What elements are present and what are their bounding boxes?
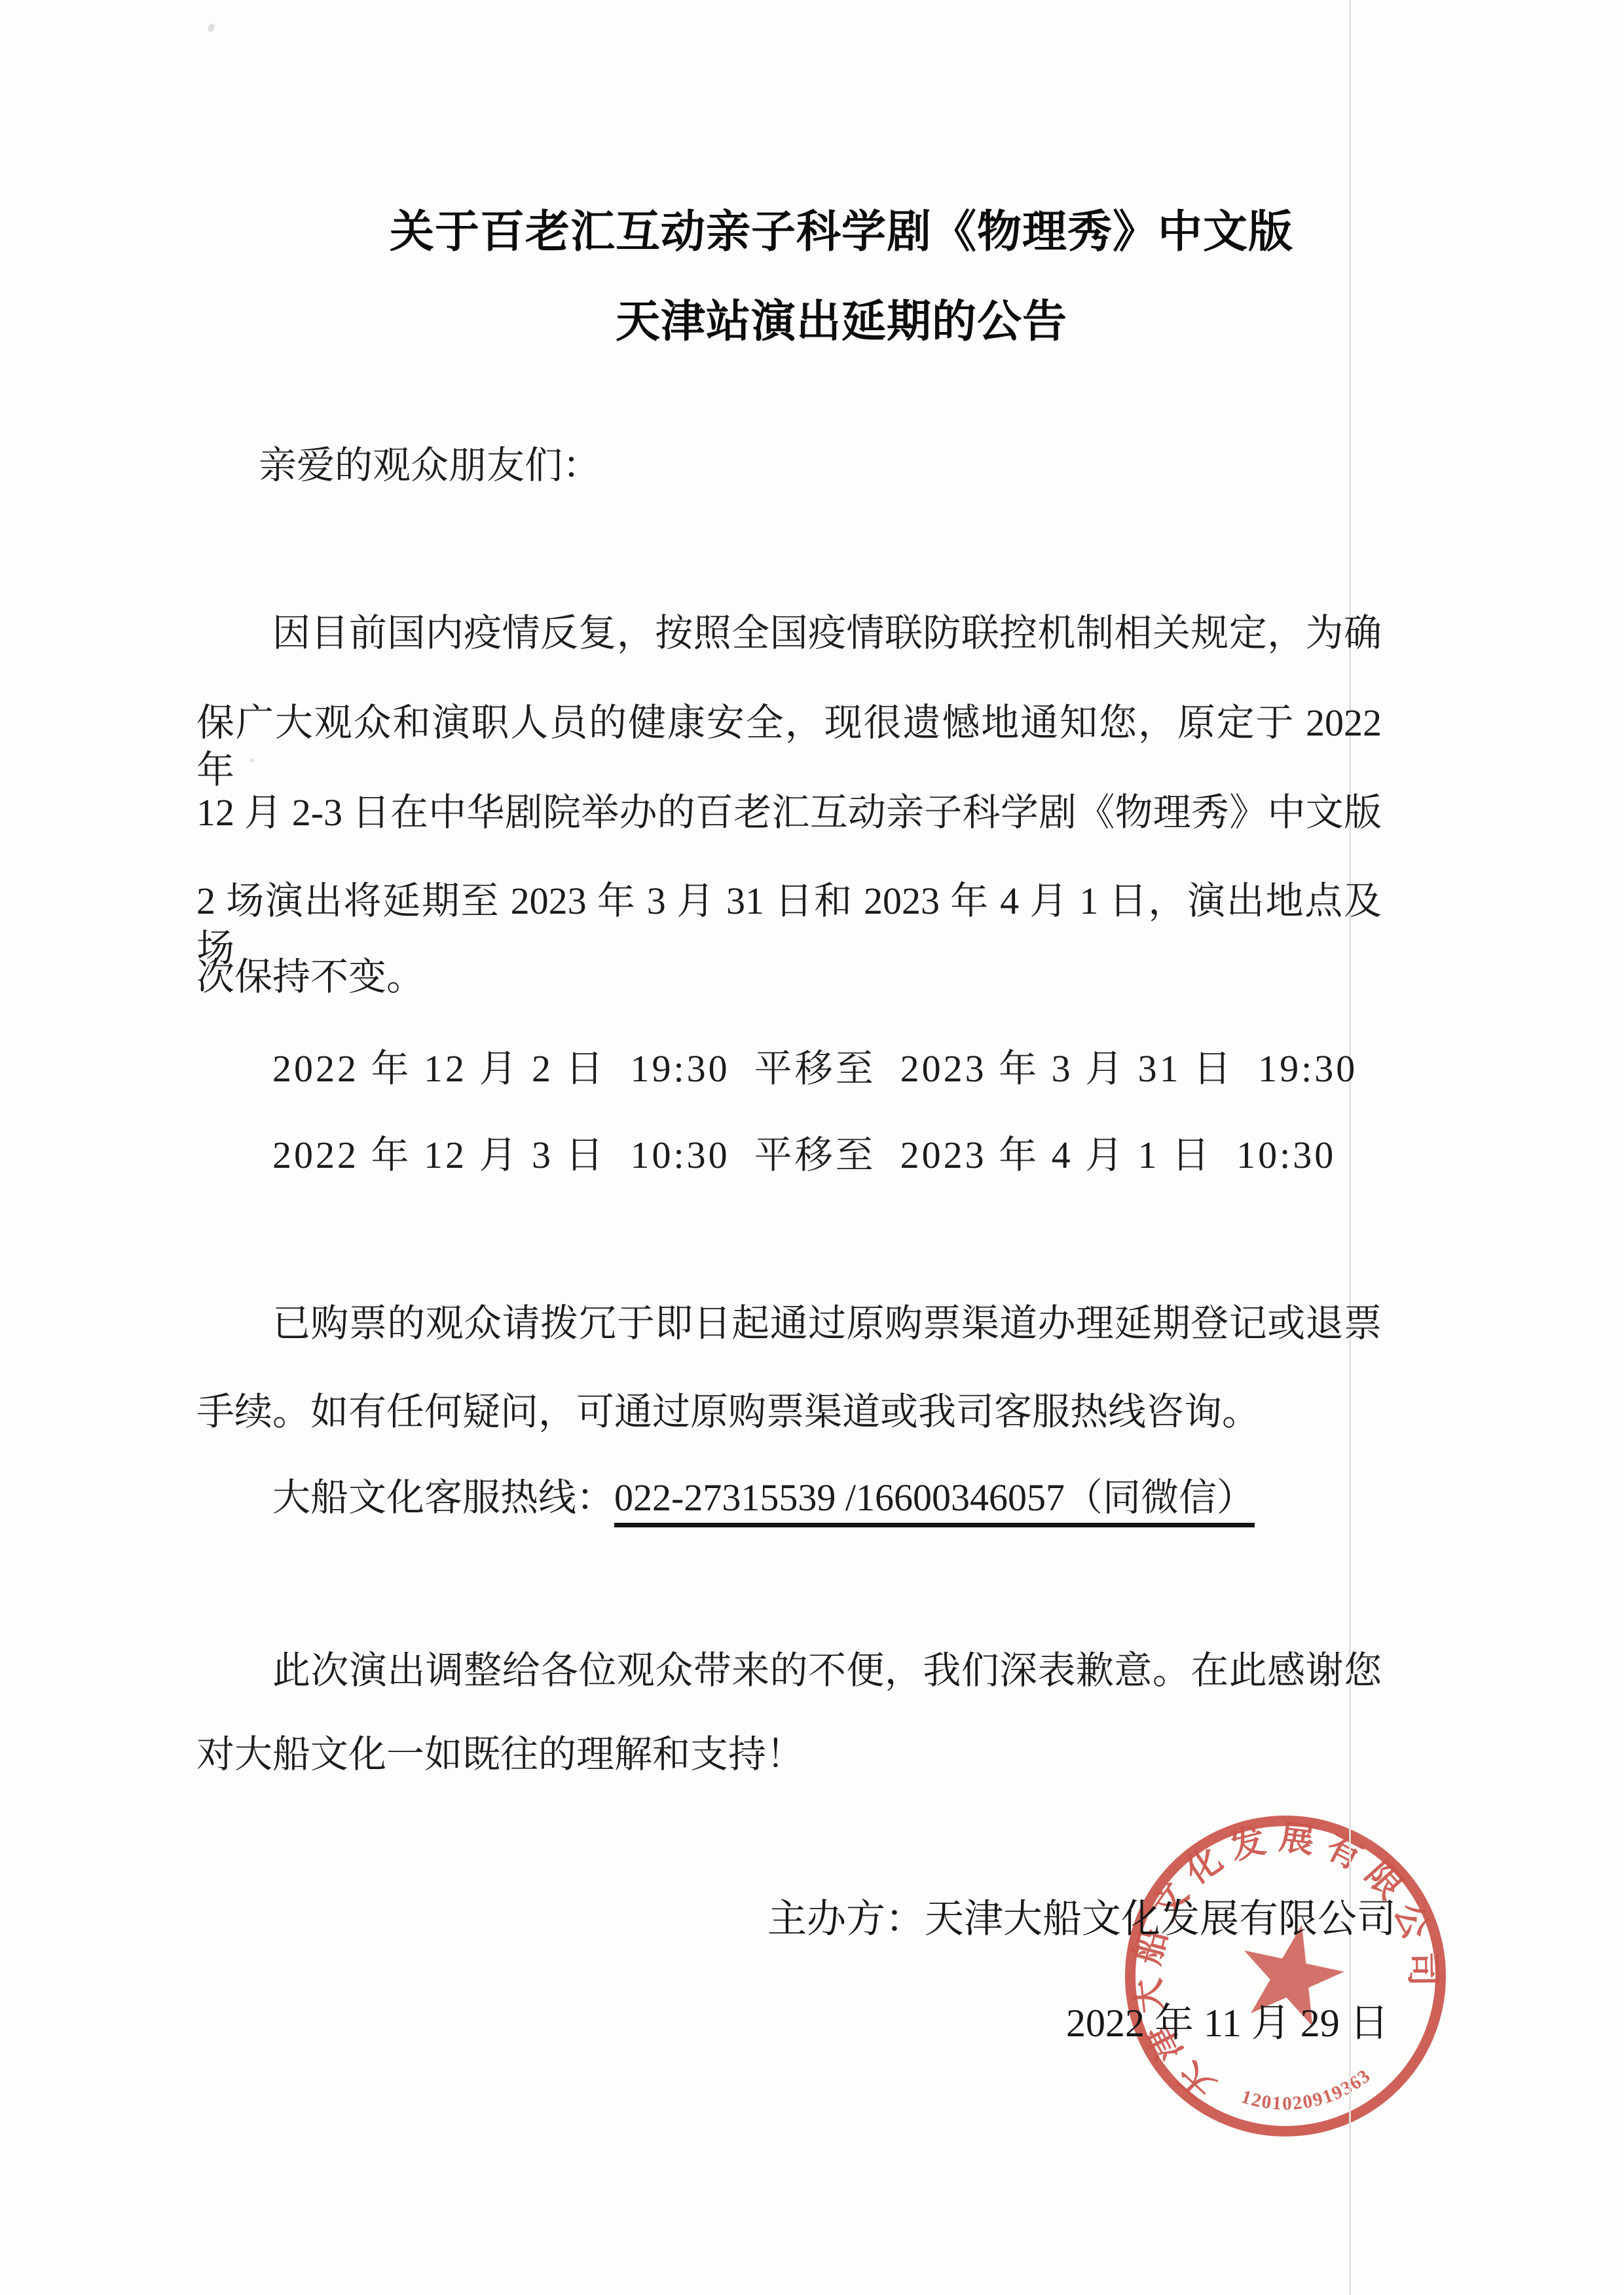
- hotline-label: 大船文化客服热线：: [272, 1476, 614, 1519]
- greeting-line: 亲爱的观众朋友们：: [196, 442, 1382, 489]
- title-line-2: 天津站演出延期的公告: [29, 294, 1624, 349]
- para2-line-2: 手续。如有任何疑问，可通过原购票渠道或我司客服热线咨询。: [196, 1389, 1382, 1436]
- para3-line-1: 此次演出调整给各位观众带来的不便，我们深表歉意。在此感谢您: [196, 1647, 1382, 1694]
- para1-line-2: 保广大观众和演职人员的健康安全，现很遗憾地通知您，原定于 2022 年: [196, 700, 1382, 794]
- organizer-line: 主办方：天津大船文化发展有限公司: [767, 1895, 1396, 1943]
- schedule-line-2: 2022 年 12 月 3 日 10:30 平移至 2023 年 4 月 1 日…: [196, 1132, 1382, 1179]
- hotline-numbers: 022-27315539 /16600346057（同微信）: [614, 1476, 1255, 1527]
- schedule-line-1: 2022 年 12 月 2 日 19:30 平移至 2023 年 3 月 31 …: [196, 1045, 1382, 1092]
- para1-line-3: 12 月 2-3 日在中华剧院举办的百老汇互动亲子科学剧《物理秀》中文版: [196, 789, 1382, 836]
- date-line: 2022 年 11 月 29 日: [1066, 1999, 1389, 2047]
- para2-line-1: 已购票的观众请拨冗于即日起通过原购票渠道办理延期登记或退票: [196, 1300, 1382, 1347]
- para3-line-2: 对大船文化一如既往的理解和支持！: [196, 1731, 1382, 1778]
- para1-line-1: 因目前国内疫情反复，按照全国疫情联防联控机制相关规定，为确: [196, 610, 1382, 657]
- paper-speck: [207, 23, 215, 33]
- title-line-1: 关于百老汇互动亲子科学剧《物理秀》中文版: [29, 204, 1624, 259]
- notice-page: 天津大船文化发展有限公司 1201020919363 关于百老汇互动亲子科学剧《…: [0, 0, 1624, 2295]
- company-seal-stamp: 天津大船文化发展有限公司 1201020919363: [1115, 1806, 1456, 2146]
- hotline-line: 大船文化客服热线：022-27315539 /16600346057（同微信）: [196, 1474, 1382, 1521]
- para1-line-5: 次保持不变。: [196, 954, 1382, 1001]
- seal-serial-text: 1201020919363: [1239, 2065, 1375, 2114]
